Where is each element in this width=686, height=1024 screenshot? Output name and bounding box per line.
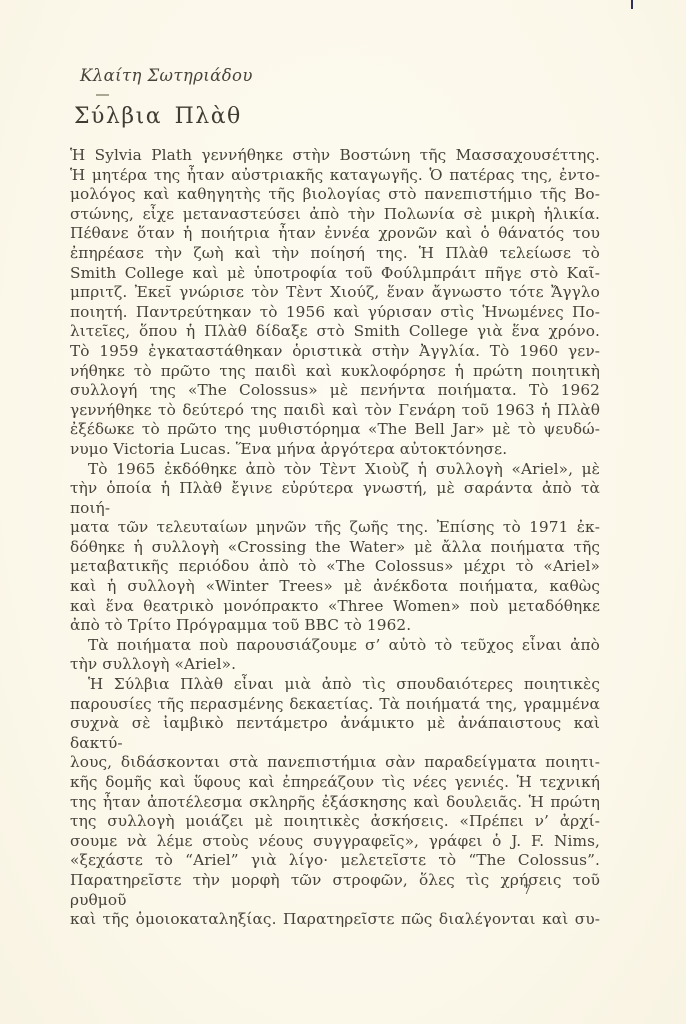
text-line: Τὸ 1965 ἐκδόθηκε ἀπὸ τὸν Τὲντ Χιοὺζ ἡ συ… (70, 460, 600, 480)
text-line: ἀπὸ τὸ Τρίτο Πρόγραμμα τοῦ BBC τὸ 1962. (70, 616, 600, 636)
text-line: καὶ ἡ συλλογὴ «Winter Trees» μὲ ἀνέκδοτα… (70, 577, 600, 597)
author-name: Κλαίτη Σωτηριάδου (80, 66, 253, 85)
paragraph: Τὰ ποιήματα ποὺ παρουσιάζουμε σ’ αὐτὸ τὸ… (70, 636, 600, 675)
text-line: σουμε νὰ λέμε στοὺς νέους συγγραφεῖς», γ… (70, 832, 600, 852)
margin-tick-mark (631, 0, 633, 9)
text-line: δόθηκε ἡ συλλογὴ «Crossing the Water» μὲ… (70, 538, 600, 558)
text-line: μολόγος καὶ καθηγητὴς τῆς βιολογίας στὸ … (70, 185, 600, 205)
scan-artifact-dash (96, 94, 109, 96)
text-line: Ἡ Sylvia Plath γεννήθηκε στὴν Βοστώνη τῆ… (70, 146, 600, 166)
article-title: Σύλβια Πλὰθ (74, 104, 242, 129)
text-line: ποιητή. Παντρεύτηκαν τὸ 1956 καὶ γύρισαν… (70, 303, 600, 323)
text-line: λους, διδάσκονται στὰ πανεπιστήμια σὰν π… (70, 753, 600, 773)
text-line: Παρατηρεῖστε τὴν μορφὴ τῶν στροφῶν, ὅλες… (70, 871, 600, 910)
paragraph: Ἡ Sylvia Plath γεννήθηκε στὴν Βοστώνη τῆ… (70, 146, 600, 460)
text-line: Πέθανε ὅταν ἡ ποιήτρια ἦταν ἐννέα χρονῶν… (70, 224, 600, 244)
text-line: ἐξέδωκε τὸ πρῶτο της μυθιστόρημα «The Be… (70, 420, 600, 440)
text-line: γεννήθηκε τὸ δεύτερό της παιδὶ καὶ τὸν Γ… (70, 401, 600, 421)
text-line: κῆς δομῆς καὶ ὕφους καὶ ἐπηρεάζουν τὶς ν… (70, 773, 600, 793)
text-line: τὴν ὁποία ἡ Πλὰθ ἔγινε εὐρύτερα γνωστή, … (70, 479, 600, 518)
paragraph: Ἡ Σύλβια Πλὰθ εἶναι μιὰ ἀπὸ τὶς σπουδαιό… (70, 675, 600, 930)
text-line: Τὸ 1959 ἐγκαταστάθηκαν ὁριστικὰ στὴν Ἀγγ… (70, 342, 600, 362)
text-line: νήθηκε τὸ πρῶτο της παιδὶ καὶ κυκλοφόρησ… (70, 362, 600, 382)
page-number: 7 (523, 883, 531, 898)
text-line: «ξεχάστε τὸ “Ariel” γιὰ λίγο· μελετεῖστε… (70, 851, 600, 871)
document-page: Κλαίτη Σωτηριάδου Σύλβια Πλὰθ Ἡ Sylvia P… (0, 0, 686, 1024)
text-line: τὴν συλλογὴ «Ariel». (70, 655, 600, 675)
text-line: μπριτζ. Ἐκεῖ γνώρισε τὸν Τὲντ Χιούζ, ἕνα… (70, 283, 600, 303)
text-line: Ἡ Σύλβια Πλὰθ εἶναι μιὰ ἀπὸ τὶς σπουδαιό… (70, 675, 600, 695)
text-line: καὶ ἕνα θεατρικὸ μονόπρακτο «Three Women… (70, 597, 600, 617)
text-line: συχνὰ σὲ ἰαμβικὸ πεντάμετρο ἀνάμικτο μὲ … (70, 714, 600, 753)
text-line: καὶ τῆς ὁμοιοκαταληξίας. Παρατηρεῖστε πῶ… (70, 910, 600, 930)
text-line: της συλλογὴ μοιάζει μὲ ποιητικὲς ἀσκήσει… (70, 812, 600, 832)
text-line: μεταβατικῆς περιόδου ἀπὸ τὸ «The Colossu… (70, 557, 600, 577)
text-line: συλλογή της «The Colossus» μὲ πενήντα πο… (70, 381, 600, 401)
text-line: Smith College καὶ μὲ ὑποτροφία τοῦ Φούλμ… (70, 264, 600, 284)
text-line: Ἡ μητέρα της ἦταν αὐστριακῆς καταγωγῆς. … (70, 166, 600, 186)
text-line: λιτεῖες, ὅπου ἡ Πλὰθ δίδαξε στὸ Smith Co… (70, 322, 600, 342)
text-line: στώνης, εἶχε μεταναστεύσει ἀπὸ τὴν Πολων… (70, 205, 600, 225)
text-line: ματα τῶν τελευταίων μηνῶν τῆς ζωῆς της. … (70, 518, 600, 538)
text-line: Τὰ ποιήματα ποὺ παρουσιάζουμε σ’ αὐτὸ τὸ… (70, 636, 600, 656)
text-line: της ἦταν ἀποτέλεσμα σκληρῆς ἐξάσκησης κα… (70, 793, 600, 813)
article-body: Ἡ Sylvia Plath γεννήθηκε στὴν Βοστώνη τῆ… (70, 146, 600, 930)
text-line: παρουσίες τῆς περασμένης δεκαετίας. Τὰ π… (70, 695, 600, 715)
text-line: νυμο Victoria Lucas. Ἕνα μήνα ἀργότερα α… (70, 440, 600, 460)
paragraph: Τὸ 1965 ἐκδόθηκε ἀπὸ τὸν Τὲντ Χιοὺζ ἡ συ… (70, 460, 600, 636)
text-line: ἐπηρέασε τὴν ζωὴ καὶ τὴν ποίησή της. Ἡ Π… (70, 244, 600, 264)
